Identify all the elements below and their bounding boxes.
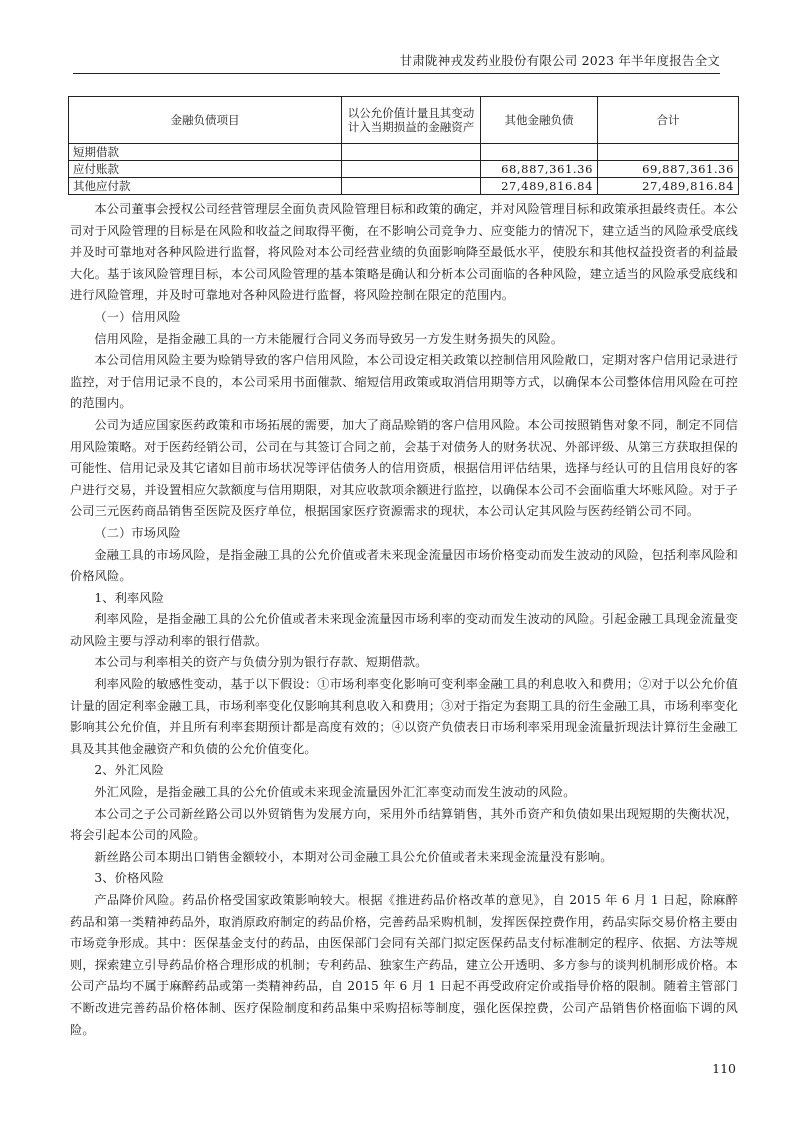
cell-fvtpl: [342, 178, 481, 195]
paragraph-credit-risk-policy: 本公司信用风险主要为赊销导致的客户信用风险，本公司设定相关政策以控制信用风险敞口…: [70, 350, 738, 415]
paragraph-risk-management: 本公司董事会授权公司经营管理层全面负责风险管理目标和政策的确定，并对风险管理目标…: [70, 199, 738, 307]
page-number: 110: [690, 1061, 736, 1076]
paragraph-fx-risk-definition: 外汇风险，是指金融工具的公允价值或未来现金流量因外汇汇率变动而发生波动的风险。: [70, 782, 738, 804]
cell-fvtpl: [342, 161, 481, 178]
column-header-item: 金融负债项目: [69, 97, 342, 144]
running-header: 甘肃陇神戎发药业股份有限公司 2023 年半年度报告全文: [73, 52, 720, 74]
heading-fx-risk: 2、外汇风险: [70, 760, 738, 782]
financial-liabilities-table: 金融负债项目 以公允价值计量且其变动计入当期损益的金融资产 其他金融负债 合计 …: [68, 96, 739, 195]
heading-market-risk: （二）市场风险: [70, 523, 738, 545]
cell-total: 69,887,361.36: [598, 161, 739, 178]
column-header-total: 合计: [598, 97, 739, 144]
cell-fvtpl: [342, 144, 481, 161]
column-header-other-liabilities: 其他金融负债: [481, 97, 598, 144]
table-header-row: 金融负债项目 以公允价值计量且其变动计入当期损益的金融资产 其他金融负债 合计: [69, 97, 739, 144]
body-text: 本公司董事会授权公司经营管理层全面负责风险管理目标和政策的确定，并对风险管理目标…: [70, 199, 738, 1041]
paragraph-price-risk: 产品降价风险。药品价格受国家政策影响较大。根据《推进药品价格改革的意见》，自 2…: [70, 890, 738, 1041]
cell-item: 其他应付款: [69, 178, 342, 195]
paragraph-credit-risk-definition: 信用风险，是指金融工具的一方未能履行合同义务而导致另一方发生财务损失的风险。: [70, 329, 738, 351]
cell-item: 短期借款: [69, 144, 342, 161]
heading-interest-rate-risk: 1、利率风险: [70, 588, 738, 610]
cell-item: 应付账款: [69, 161, 342, 178]
heading-credit-risk: （一）信用风险: [70, 307, 738, 329]
table-row: 短期借款: [69, 144, 739, 161]
cell-other: 68,887,361.36: [481, 161, 598, 178]
table-row: 其他应付款 27,489,816.84 27,489,816.84: [69, 178, 739, 195]
cell-other: [481, 144, 598, 161]
cell-total: 27,489,816.84: [598, 178, 739, 195]
cell-other: 27,489,816.84: [481, 178, 598, 195]
paragraph-interest-rate-risk-definition: 利率风险，是指金融工具的公允价值或者未来现金流量因市场利率的变动而发生波动的风险…: [70, 609, 738, 652]
paragraph-credit-risk-strategy: 公司为适应国家医药政策和市场拓展的需要，加大了商品赊销的客户信用风险。本公司按照…: [70, 415, 738, 523]
paragraph-market-risk-definition: 金融工具的市场风险，是指金融工具的公允价值或者未来现金流量因市场价格变动而发生波…: [70, 545, 738, 588]
paragraph-interest-rate-sensitivity: 利率风险的敏感性变动，基于以下假设：①市场利率变化影响可变利率金融工具的利息收入…: [70, 674, 738, 760]
column-header-fvtpl: 以公允价值计量且其变动计入当期损益的金融资产: [342, 97, 481, 144]
table-row: 应付账款 68,887,361.36 69,887,361.36: [69, 161, 739, 178]
paragraph-fx-subsidiary: 本公司之子公司新丝路公司以外贸销售为发展方向，采用外币结算销售，其外币资产和负债…: [70, 804, 738, 847]
heading-price-risk: 3、价格风险: [70, 868, 738, 890]
cell-total: [598, 144, 739, 161]
paragraph-fx-impact: 新丝路公司本期出口销售金额较小，本期对公司金融工具公允价值或者未来现金流量没有影…: [70, 847, 738, 869]
paragraph-interest-rate-assets: 本公司与利率相关的资产与负债分别为银行存款、短期借款。: [70, 652, 738, 674]
